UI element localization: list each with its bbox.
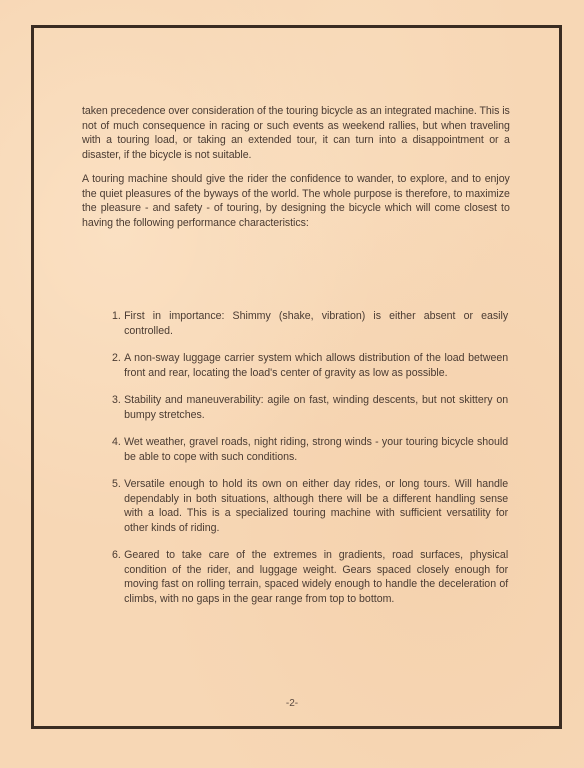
list-item: 3. Stability and maneuverability: agile … [112, 393, 508, 422]
list-item-number: 4. [112, 435, 121, 450]
list-item-number: 6. [112, 548, 121, 563]
list-item: 6. Geared to take care of the extremes i… [112, 548, 508, 606]
list-item-number: 3. [112, 393, 121, 408]
list-item-text: Wet weather, gravel roads, night riding,… [123, 435, 508, 464]
list-item-text: A non-sway luggage carrier system which … [123, 351, 508, 380]
list-item-text: First in importance: Shimmy (shake, vibr… [123, 309, 508, 338]
list-item: 5. Versatile enough to hold its own on e… [112, 477, 508, 535]
list-item-number: 1. [112, 309, 121, 324]
list-item-text: Stability and maneuverability: agile on … [123, 393, 508, 422]
intro-paragraph-continuation: taken precedence over consideration of t… [82, 104, 510, 162]
list-item-number: 2. [112, 351, 121, 366]
list-item: 2. A non-sway luggage carrier system whi… [112, 351, 508, 380]
page-number: -2- [0, 698, 584, 709]
list-item-number: 5. [112, 477, 121, 492]
list-item-text: Versatile enough to hold its own on eith… [123, 477, 508, 535]
list-item-text: Geared to take care of the extremes in g… [123, 548, 508, 606]
performance-characteristics-list: 1. First in importance: Shimmy (shake, v… [112, 309, 508, 619]
list-item: 1. First in importance: Shimmy (shake, v… [112, 309, 508, 338]
list-item: 4. Wet weather, gravel roads, night ridi… [112, 435, 508, 464]
intro-paragraph-touring-machine: A touring machine should give the rider … [82, 172, 510, 230]
